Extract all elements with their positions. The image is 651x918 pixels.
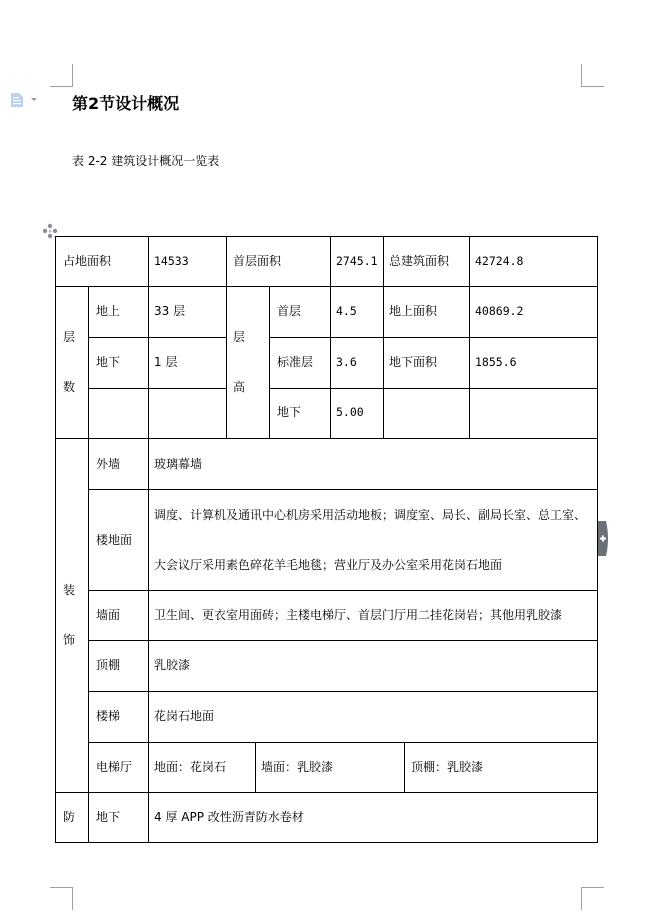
ceiling-label: 顶棚 (96, 657, 120, 673)
row-divider (88, 337, 226, 338)
col-divider (330, 236, 331, 438)
total-area-value[interactable]: 42724.8 (475, 253, 523, 269)
row-divider (88, 590, 598, 591)
site-area-label: 占地面积 (63, 253, 111, 269)
wall-finish-value[interactable]: 卫生间、更衣室用面砖；主楼电梯厅、首层门厅用二挂花岗岩；其他用乳胶漆 (154, 607, 562, 623)
floors-group-label-1: 层 (63, 329, 75, 345)
row-divider (55, 438, 598, 439)
floor-finish-label: 楼地面 (96, 532, 132, 548)
floors-above-label: 地上 (96, 303, 120, 319)
stair-value[interactable]: 花岗石地面 (154, 708, 214, 724)
heights-group-label-2: 高 (233, 379, 245, 395)
page-corner-mark-top-right (581, 64, 604, 87)
site-area-value[interactable]: 14533 (154, 253, 189, 269)
waterproof-basement-value[interactable]: 4 厚 APP 改性沥青防水卷材 (154, 809, 304, 825)
elevator-lobby-label: 电梯厅 (96, 759, 132, 775)
col-divider (226, 236, 227, 438)
floors-below-value[interactable]: 1 层 (154, 354, 177, 370)
height-standard-floor-value[interactable]: 3.6 (336, 354, 357, 370)
row-divider (88, 388, 226, 389)
row-divider (55, 286, 598, 287)
first-floor-area-label: 首层面积 (233, 253, 281, 269)
stair-label: 楼梯 (96, 708, 120, 724)
height-basement-value[interactable]: 5.00 (336, 404, 364, 420)
exterior-wall-value[interactable]: 玻璃幕墙 (154, 456, 202, 472)
first-floor-area-value[interactable]: 2745.1 (336, 253, 378, 269)
col-divider (269, 286, 270, 438)
row-divider (88, 489, 598, 490)
floors-above-value[interactable]: 33 层 (154, 303, 185, 319)
below-ground-area-value[interactable]: 1855.6 (475, 354, 517, 370)
col-divider (148, 236, 149, 843)
table-border-left (55, 236, 56, 843)
wall-finish-label: 墙面 (96, 607, 120, 623)
section-heading: 第2节设计概况 (72, 91, 179, 114)
page-corner-mark-top-left (50, 64, 73, 87)
above-ground-area-value[interactable]: 40869.2 (475, 303, 523, 319)
col-divider (255, 742, 256, 792)
height-standard-floor-label: 标准层 (277, 354, 313, 370)
below-ground-area-label: 地下面积 (389, 354, 437, 370)
row-divider (269, 388, 598, 389)
waterproof-basement-label: 地下 (96, 809, 120, 825)
waterproof-group-label: 防 (63, 809, 75, 825)
heights-group-label-1: 层 (233, 329, 245, 345)
decoration-group-label-1: 装 (63, 582, 75, 598)
total-area-label: 总建筑面积 (389, 253, 449, 269)
document-icon[interactable] (11, 92, 23, 106)
design-overview-table: 占地面积 14533 首层面积 2745.1 总建筑面积 42724.8 层 数… (55, 236, 598, 843)
col-divider (383, 236, 384, 438)
table-border-bottom (55, 842, 598, 843)
floors-below-label: 地下 (96, 354, 120, 370)
above-ground-area-label: 地上面积 (389, 303, 437, 319)
height-first-floor-label: 首层 (277, 303, 301, 319)
exterior-wall-label: 外墙 (96, 456, 120, 472)
col-divider (469, 236, 470, 438)
table-caption: 表 2-2 建筑设计概况一览表 (72, 152, 219, 169)
row-divider (88, 742, 598, 743)
chevron-down-icon[interactable] (31, 98, 37, 101)
expand-tab-button[interactable] (598, 521, 610, 556)
floor-finish-value-line2[interactable]: 大会议厅采用素色碎花羊毛地毯；营业厅及办公室采用花岗石地面 (154, 557, 502, 573)
elevator-lobby-floor[interactable]: 地面：花岗石 (154, 759, 226, 775)
page-corner-mark-bottom-left (50, 887, 73, 910)
page-corner-mark-bottom-right (581, 887, 604, 910)
row-divider (269, 337, 598, 338)
row-divider (55, 792, 598, 793)
decoration-group-label-2: 饰 (63, 632, 75, 648)
ceiling-value[interactable]: 乳胶漆 (154, 657, 190, 673)
col-divider (88, 286, 89, 843)
height-basement-label: 地下 (277, 404, 301, 420)
elevator-lobby-wall[interactable]: 墙面：乳胶漆 (261, 759, 333, 775)
col-divider (404, 742, 405, 792)
floors-group-label-2: 数 (63, 379, 75, 395)
row-divider (88, 691, 598, 692)
table-border-top (55, 236, 598, 237)
elevator-lobby-ceiling[interactable]: 顶棚：乳胶漆 (411, 759, 483, 775)
height-first-floor-value[interactable]: 4.5 (336, 303, 357, 319)
row-divider (88, 640, 598, 641)
floor-finish-value-line1[interactable]: 调度、计算机及通讯中心机房采用活动地板；调度室、局长、副局长室、总工室、 (154, 507, 586, 523)
